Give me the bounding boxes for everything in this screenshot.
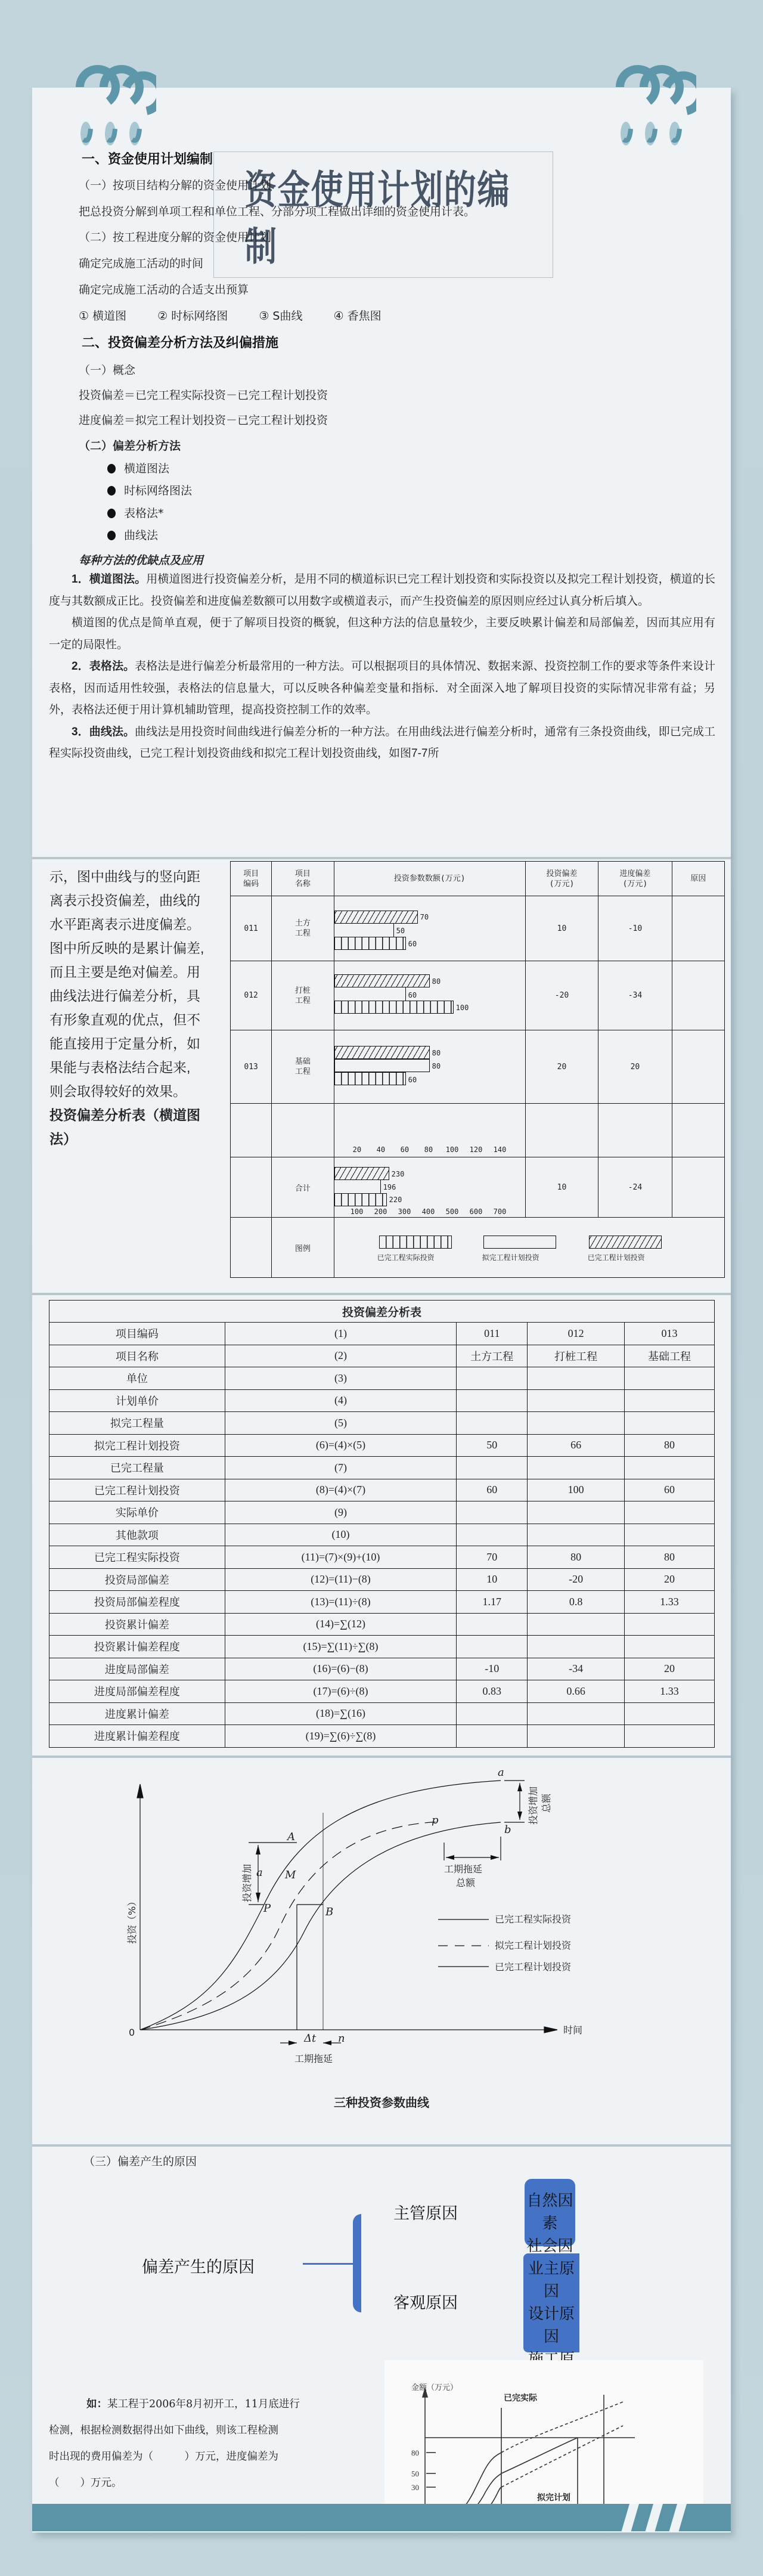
example-chart: 金额（万元） 80 50 30 2006.11 2007.12 2008.3 日…	[384, 2360, 703, 2509]
svg-text:P: P	[263, 1902, 271, 1915]
svg-text:已完实际: 已完实际	[504, 2393, 538, 2403]
paragraph-gantt: 1．横道图法。用横道图进行投资偏差分析，是用不同的横道标识已完工程计划投资和实际…	[49, 569, 715, 612]
svg-text:Δt: Δt	[303, 2032, 317, 2045]
row-formula: (16)=(6)−(8)	[225, 1658, 457, 1680]
row-value	[457, 1636, 528, 1658]
gantt-deviation-table: 项目 编码 项目 名称 投资参数数额(万元) 投资偏差 (万元) 进度偏差 (万…	[230, 861, 725, 1278]
row-label: 项目编码	[49, 1323, 225, 1345]
table-row: 已完工程量(7)	[49, 1457, 715, 1479]
row-value: -10	[457, 1658, 528, 1680]
concept-title: （一）概念	[79, 361, 135, 377]
row-value	[625, 1412, 715, 1435]
section2-heading: 二、投资偏差分析方法及纠偏措施	[82, 333, 278, 351]
row-formula: (11)=(7)×(9)+(10)	[225, 1546, 457, 1569]
row-formula: (1)	[225, 1323, 457, 1345]
row-value: 1.33	[625, 1591, 715, 1614]
row-value	[625, 1636, 715, 1658]
bullet-icon	[107, 509, 116, 518]
cause-connector	[303, 2263, 353, 2265]
bullet-item: 横道图法	[107, 460, 169, 476]
row-value	[528, 1389, 625, 1412]
table-row: 进度累计偏差程度(19)=∑(6)÷∑(8)	[49, 1725, 715, 1748]
table-row: 计划单价(4)	[49, 1389, 715, 1412]
bullet-icon	[107, 464, 116, 473]
table-row: 进度局部偏差(16)=(6)−(8)-10-3420	[49, 1658, 715, 1680]
svg-text:b: b	[504, 1823, 511, 1836]
svg-text:0: 0	[129, 2027, 135, 2038]
row-value: 20	[625, 1568, 715, 1591]
row-value	[457, 1725, 528, 1748]
example-question: 如：某工程于2006年8月初开工，11月底进行 检测，根据检测数据得出如下曲线，…	[49, 2391, 374, 2496]
legend-planned-swatch	[589, 1236, 662, 1249]
row-value	[528, 1524, 625, 1546]
row-label: 投资累计偏差程度	[49, 1636, 225, 1658]
row-value	[625, 1367, 715, 1390]
paragraph-gantt-pros: 横道图的优点是简单直观，便于了解项目投资的概貌，但这种方法的信息量较少，主要反映…	[49, 612, 715, 656]
method-item: ② 时标网络图	[157, 309, 228, 323]
method-item: ③ S曲线	[259, 309, 302, 323]
row-value: 80	[625, 1434, 715, 1457]
method-list: ① 横道图 ② 时标网络图 ③ S曲线 ④ 香焦图	[79, 307, 381, 323]
bar-actual	[334, 1193, 387, 1206]
table-row: 已完工程实际投资(11)=(7)×(9)+(10)708080	[49, 1546, 715, 1569]
table-row: 拟完工程计划投资(6)=(4)×(5)506680	[49, 1434, 715, 1457]
row-value: 1.17	[457, 1591, 528, 1614]
svg-text:已完工程实际投资: 已完工程实际投资	[495, 1914, 572, 1925]
row-value	[625, 1501, 715, 1524]
row-value	[457, 1613, 528, 1636]
row-value	[457, 1524, 528, 1546]
row-value: 0.66	[528, 1680, 625, 1703]
row-label: 项目名称	[49, 1345, 225, 1367]
section1-sub1-text: 把总投资分解到单项工程和单位工程、分部分项工程做出详细的资金使用计表。	[79, 203, 475, 219]
row-value	[457, 1457, 528, 1479]
bar-planned-proposed	[334, 987, 406, 1001]
row-value	[528, 1636, 625, 1658]
bar-table-caption-cont: 法）	[49, 1127, 228, 1151]
svg-text:a: a	[498, 1766, 504, 1779]
row-value: 土方工程	[457, 1345, 528, 1367]
row-value: 013	[625, 1323, 715, 1345]
table-row: 实际单价(9)	[49, 1501, 715, 1524]
table-row: 投资局部偏差程度(13)=(11)÷(8)1.170.81.33	[49, 1591, 715, 1614]
row-formula: (6)=(4)×(5)	[225, 1434, 457, 1457]
bar-table-caption: 投资偏差分析表（横道图	[49, 1103, 228, 1127]
header-reason: 原因	[672, 862, 724, 896]
row-formula: (14)=∑(12)	[225, 1613, 457, 1636]
row-value: 60	[457, 1479, 528, 1501]
row-value	[457, 1702, 528, 1725]
cause-branch-objective: 客观原因	[393, 2290, 458, 2313]
row-value	[625, 1389, 715, 1412]
curve-method-side-text: 示，图中曲线与的竖向距离表示投资偏差，曲线的水平距离表示进度偏差。 图中所反映的…	[49, 865, 228, 1151]
row-value	[625, 1524, 715, 1546]
formula-cost-deviation: 投资偏差＝已完工程实际投资－已完工程计划投资	[79, 386, 328, 402]
row-label: 投资累计偏差	[49, 1613, 225, 1636]
header-code: 项目 编码	[231, 862, 272, 896]
table-row: 项目编码(1)011012013	[49, 1323, 715, 1345]
row-value: 80	[625, 1546, 715, 1569]
cause-root: 偏差产生的原因	[142, 2254, 255, 2277]
row-formula: (13)=(11)÷(8)	[225, 1591, 457, 1614]
row-label: 进度累计偏差	[49, 1702, 225, 1725]
svg-text:B: B	[325, 1906, 333, 1918]
legend-actual-swatch	[379, 1236, 452, 1249]
table-row: 项目名称(2)土方工程打桩工程基础工程	[49, 1345, 715, 1367]
method-item: ④ 香焦图	[334, 309, 381, 323]
row-label: 实际单价	[49, 1501, 225, 1524]
svg-text:投资（%）: 投资（%）	[126, 1897, 138, 1944]
bar-actual	[334, 1001, 454, 1014]
method-item: ① 横道图	[79, 309, 126, 323]
bar-planned-proposed	[334, 1180, 381, 1193]
legend-proposed-swatch	[483, 1236, 556, 1249]
row-formula: (2)	[225, 1345, 457, 1367]
table-row: 单位(3)	[49, 1367, 715, 1390]
row-value	[625, 1457, 715, 1479]
cause-subjective-items: 自然因素社会因素	[525, 2179, 575, 2246]
paragraph-curve-method: 3．曲线法。曲线法是用投资时间曲线进行偏差分析的一种方法。在用曲线法进行偏差分析…	[49, 722, 715, 765]
row-value	[528, 1702, 625, 1725]
footer-stripes-icon	[610, 2504, 695, 2532]
row-value: 66	[528, 1434, 625, 1457]
method-descriptions: 1．横道图法。用横道图进行投资偏差分析，是用不同的横道标识已完工程计划投资和实际…	[49, 569, 715, 765]
table-row-total: 合计 230 196 220 100 200 300 400 500 600 7…	[231, 1157, 725, 1218]
svg-text:工期拖延: 工期拖延	[444, 1863, 482, 1875]
row-value: 基础工程	[625, 1345, 715, 1367]
slide-divider	[32, 857, 731, 859]
row-value	[457, 1389, 528, 1412]
section1-sub2: （二）按工程进度分解的资金使用计划	[79, 228, 271, 244]
section3-heading: （三）偏差产生的原因	[83, 2153, 197, 2169]
formula-schedule-deviation: 进度偏差＝拟完工程计划投资－已完工程计划投资	[79, 411, 328, 428]
row-value	[528, 1501, 625, 1524]
row-label: 计划单价	[49, 1389, 225, 1412]
row-value: 60	[625, 1479, 715, 1501]
bullet-item: 曲线法	[107, 527, 158, 543]
bar-planned-proposed	[334, 1059, 430, 1072]
methods-title: （二）偏差分析方法	[79, 437, 181, 453]
legend-row: 图例 已完工程实际投资 拟完工程计划投资 已完工程计划投资	[231, 1218, 725, 1278]
svg-text:投资增加: 投资增加	[528, 1787, 539, 1825]
row-value: 50	[457, 1434, 528, 1457]
svg-text:拟完计划: 拟完计划	[537, 2493, 570, 2503]
svg-text:时间: 时间	[563, 2024, 582, 2036]
table-row: 011 土方 工程 70 50 60 10 -10	[231, 896, 725, 961]
row-value: 1.33	[625, 1680, 715, 1703]
row-formula: (5)	[225, 1412, 457, 1435]
row-formula: (8)=(4)×(7)	[225, 1479, 457, 1501]
row-formula: (9)	[225, 1501, 457, 1524]
row-label: 已完工程量	[49, 1457, 225, 1479]
table-row: 已完工程计划投资(8)=(4)×(7)6010060	[49, 1479, 715, 1501]
table-row: 其他款项(10)	[49, 1524, 715, 1546]
svg-text:50: 50	[411, 2469, 419, 2478]
bar-planned-done	[334, 911, 418, 924]
deviation-analysis-table: 投资偏差分析表 项目编码(1)011012013项目名称(2)土方工程打桩工程基…	[49, 1300, 715, 1748]
row-label: 投资局部偏差	[49, 1568, 225, 1591]
row-value	[528, 1613, 625, 1636]
section1-heading: 一、资金使用计划编制	[82, 149, 213, 168]
svg-text:p: p	[432, 1814, 439, 1826]
row-formula: (17)=(6)÷(8)	[225, 1680, 457, 1703]
row-value: -20	[528, 1568, 625, 1591]
row-value: 打桩工程	[528, 1345, 625, 1367]
slide-divider	[32, 2144, 731, 2147]
row-value	[528, 1725, 625, 1748]
row-label: 单位	[49, 1367, 225, 1390]
svg-text:80: 80	[411, 2448, 419, 2457]
row-value: 0.8	[528, 1591, 625, 1614]
row-label: 其他款项	[49, 1524, 225, 1546]
row-value	[457, 1367, 528, 1390]
table-row: 投资累计偏差程度(15)=∑(11)÷∑(8)	[49, 1636, 715, 1658]
svg-text:总额: 总额	[541, 1793, 552, 1813]
row-label: 拟完工程量	[49, 1412, 225, 1435]
row-formula: (15)=∑(11)÷∑(8)	[225, 1636, 457, 1658]
table-row: 012 打桩 工程 80 60 100 -20 -34	[231, 961, 725, 1030]
row-formula: (3)	[225, 1367, 457, 1390]
table-row: 013 基础 工程 80 80 60 20 20	[231, 1030, 725, 1104]
svg-text:a: a	[256, 1866, 263, 1879]
row-label: 已完工程计划投资	[49, 1479, 225, 1501]
section1-sub2-line1: 确定完成施工活动的时间	[79, 255, 203, 271]
bar-actual	[334, 937, 406, 950]
bar-planned-done	[334, 1046, 430, 1059]
bullet-icon	[107, 486, 116, 496]
bullet-icon	[107, 531, 116, 540]
table-row: 投资局部偏差(12)=(11)−(8)10-2020	[49, 1568, 715, 1591]
paragraph-table-method: 2．表格法。表格法是进行偏差分析最常用的一种方法。可以根据项目的具体情况、数据来…	[49, 656, 715, 722]
row-value: 20	[625, 1658, 715, 1680]
row-value: 80	[528, 1546, 625, 1569]
header-amount: 投资参数数额(万元)	[334, 862, 525, 896]
header-schedule-dev: 进度偏差 (万元)	[598, 862, 672, 896]
bar-axis-1: 20 40 60 80 100 120 140	[334, 1104, 525, 1157]
table-caption: 投资偏差分析表	[49, 1301, 715, 1323]
row-value	[457, 1501, 528, 1524]
row-value	[528, 1457, 625, 1479]
row-formula: (10)	[225, 1524, 457, 1546]
header-cost-dev: 投资偏差 (万元)	[525, 862, 598, 896]
row-value: 100	[528, 1479, 625, 1501]
table-row: 投资累计偏差(14)=∑(12)	[49, 1613, 715, 1636]
bullet-item: 时标网络图法	[107, 482, 192, 498]
row-formula: (19)=∑(6)÷∑(8)	[225, 1725, 457, 1748]
row-value	[625, 1613, 715, 1636]
row-value	[625, 1725, 715, 1748]
row-formula: (18)=∑(16)	[225, 1702, 457, 1725]
bar-planned-proposed	[334, 924, 394, 937]
bar-planned-done	[334, 1167, 389, 1180]
row-value	[528, 1367, 625, 1390]
svg-text:金额（万元）: 金额（万元）	[411, 2383, 458, 2392]
svg-text:n: n	[338, 2032, 345, 2045]
pros-cons-title: 每种方法的优缺点及应用	[79, 552, 203, 568]
header-name: 项目 名称	[272, 862, 334, 896]
row-formula: (12)=(11)−(8)	[225, 1568, 457, 1591]
cause-bracket	[353, 2214, 361, 2312]
row-value: 10	[457, 1568, 528, 1591]
bar-actual	[334, 1072, 406, 1085]
row-formula: (4)	[225, 1389, 457, 1412]
table-row: 拟完工程量(5)	[49, 1412, 715, 1435]
s-curve-chart: A M P B a a p b Δt n 0 时间 工期拖延 总额 工期拖延 已…	[107, 1753, 632, 2087]
cause-objective-items: 业主原因设计原因 施工原因供应原因	[523, 2253, 579, 2352]
svg-text:投资增加: 投资增加	[241, 1864, 253, 1902]
row-value: 70	[457, 1546, 528, 1569]
svg-text:工期拖延: 工期拖延	[294, 2053, 333, 2064]
row-value: -34	[528, 1658, 625, 1680]
binder-rings-right-icon	[607, 39, 696, 149]
svg-text:总额: 总额	[456, 1877, 476, 1888]
s-curve-caption: 三种投资参数曲线	[0, 2093, 763, 2110]
binder-rings-left-icon	[67, 39, 156, 149]
bullet-item: 表格法*	[107, 504, 164, 521]
row-label: 进度累计偏差程度	[49, 1725, 225, 1748]
svg-text:M: M	[284, 1869, 296, 1881]
slide-divider	[32, 1293, 731, 1295]
svg-text:拟完工程计划投资: 拟完工程计划投资	[495, 1940, 572, 1951]
row-value: 011	[457, 1323, 528, 1345]
section1-sub2-line2: 确定完成施工活动的合适支出预算	[79, 281, 249, 297]
section1-sub1: （一）按项目结构分解的资金使用计划	[79, 177, 271, 193]
row-label: 投资局部偏差程度	[49, 1591, 225, 1614]
row-formula: (7)	[225, 1457, 457, 1479]
bar-planned-done	[334, 974, 430, 987]
row-label: 进度局部偏差	[49, 1658, 225, 1680]
cause-branch-subjective: 主管原因	[393, 2200, 458, 2224]
svg-text:已完工程计划投资: 已完工程计划投资	[495, 1961, 572, 1973]
row-value	[528, 1412, 625, 1435]
row-label: 进度局部偏差程度	[49, 1680, 225, 1703]
table-row: 进度累计偏差(18)=∑(16)	[49, 1702, 715, 1725]
svg-text:30: 30	[411, 2483, 419, 2492]
svg-text:A: A	[286, 1831, 295, 1843]
row-value: 012	[528, 1323, 625, 1345]
row-label: 已完工程实际投资	[49, 1546, 225, 1569]
row-value	[625, 1702, 715, 1725]
row-value: 0.83	[457, 1680, 528, 1703]
row-value	[457, 1412, 528, 1435]
table-row: 进度局部偏差程度(17)=(6)÷(8)0.830.661.33	[49, 1680, 715, 1703]
row-label: 拟完工程计划投资	[49, 1434, 225, 1457]
